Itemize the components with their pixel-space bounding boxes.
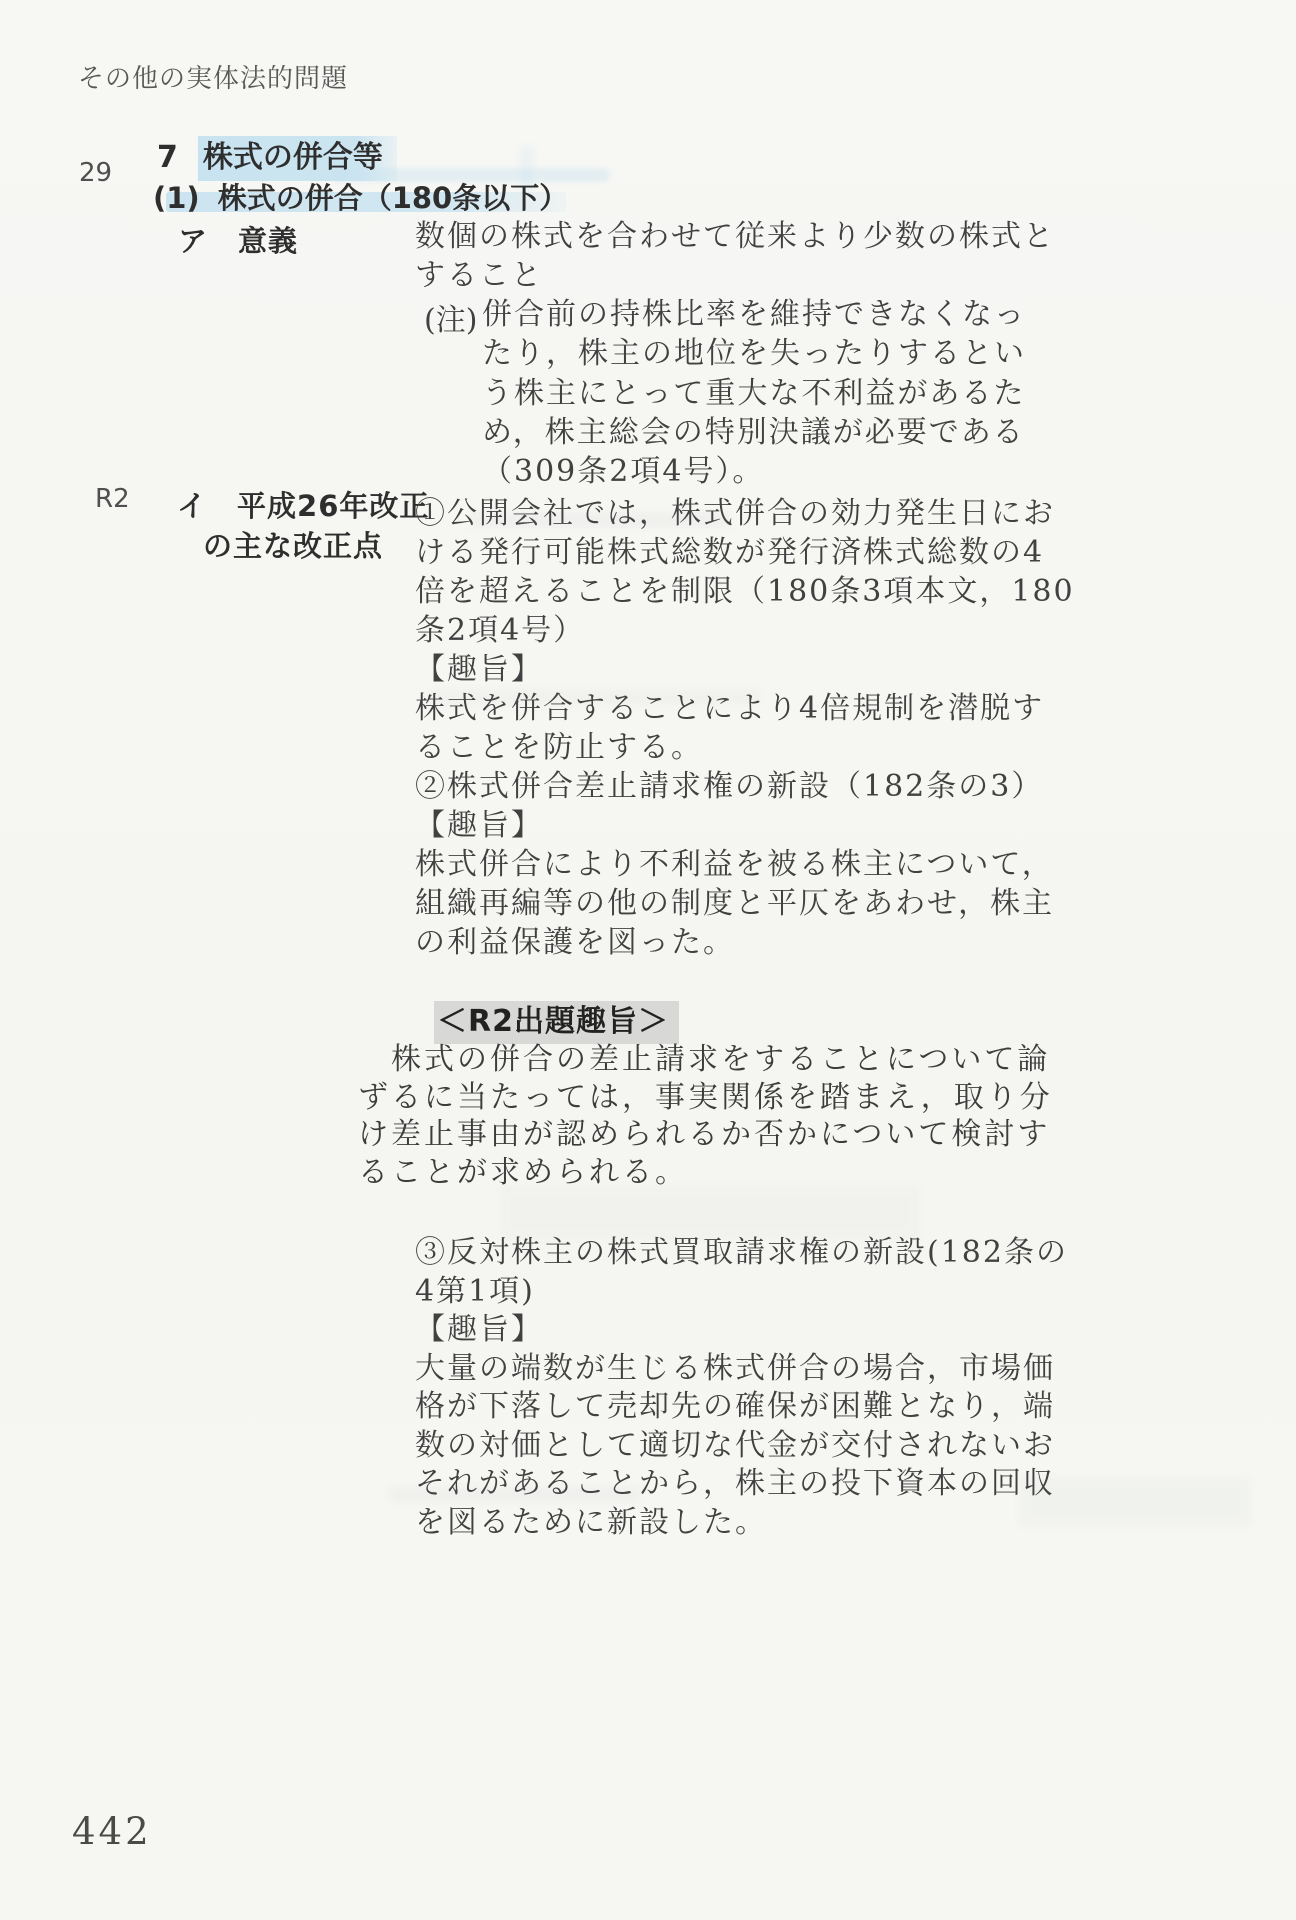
r2-purpose-text: 株式の併合の差止請求をすることについて論ずるに当たっては，事実関係を踏まえ，取り… — [358, 1041, 1053, 1191]
item-i-title-line1: イ平成26年改正 — [177, 486, 429, 526]
item-a-label: ア — [178, 224, 208, 258]
text-line: （309条2項4号）。 — [482, 452, 1026, 491]
r2-purpose-heading: ＜R2出題趣旨＞ — [434, 996, 679, 1040]
text-line: ②株式併合差止請求権の新設（182条の3） — [415, 767, 1075, 806]
margin-note-h29: 29 — [79, 158, 112, 188]
text-line: ることが求められる。 — [358, 1154, 1053, 1192]
text-line: 倍を超えることを制限（180条3項本文，180 — [415, 572, 1075, 611]
subsection-title: 株式の併合（180条以下） — [218, 181, 569, 215]
text-line: 4第1項) — [415, 1273, 1068, 1312]
text-line: め，株主総会の特別決議が必要である — [482, 413, 1026, 452]
text-line: ることを防止する。 — [415, 728, 1075, 767]
running-header: その他の実体法的問題 — [78, 58, 348, 95]
text-line: 【趣旨】 — [415, 806, 1075, 845]
text-line: 【趣旨】 — [415, 1311, 1068, 1350]
section-heading: 7株式の併合等 — [157, 132, 397, 176]
text-line: う株主にとって重大な不利益があるた — [482, 374, 1026, 413]
text-line: 大量の端数が生じる株式併合の場合，市場価 — [415, 1350, 1068, 1389]
scan-artifact — [500, 1185, 920, 1240]
section-title: 株式の併合等 — [198, 136, 397, 181]
text-line: 格が下落して売却先の確保が困難となり，端 — [415, 1388, 1068, 1427]
text-line: 数の対価として適切な代金が交付されないお — [415, 1427, 1068, 1466]
text-line: 株式併合により不利益を被る株主について， — [415, 845, 1075, 884]
note-text: 併合前の持株比率を維持できなくなったり，株主の地位を失ったりするという株主にとっ… — [482, 295, 1026, 491]
text-line: 株式の併合の差止請求をすることについて論 — [358, 1041, 1053, 1079]
item-a-title: 意義 — [238, 219, 298, 260]
text-line: 条2項4号） — [415, 611, 1075, 650]
text-line: ずるに当たっては，事実関係を踏まえ，取り分 — [358, 1079, 1053, 1117]
text-line: 組織再編等の他の制度と平仄をあわせ，株主 — [415, 884, 1075, 923]
r2-purpose-heading-label: ＜R2出題趣旨＞ — [434, 1001, 679, 1044]
text-line: 数個の株式を合わせて従来より少数の株式と — [415, 217, 1055, 256]
margin-note-r2: R2 — [95, 484, 130, 514]
meaning-text: 数個の株式を合わせて従来より少数の株式とすること — [415, 217, 1055, 295]
item-a-heading: ア意義 — [178, 219, 298, 260]
text-line: を図るために新設した。 — [415, 1504, 1068, 1543]
item-i-label: イ — [177, 489, 207, 523]
text-line: たり，株主の地位を失ったりするとい — [482, 334, 1026, 373]
text-line: 併合前の持株比率を維持できなくなっ — [482, 295, 1026, 334]
item-i-heading: イ平成26年改正 の主な改正点 — [177, 486, 429, 566]
item-i-title-line2: の主な改正点 — [203, 526, 429, 566]
text-line: の利益保護を図った。 — [415, 923, 1075, 962]
text-line: 【趣旨】 — [415, 650, 1075, 689]
text-line: ける発行可能株式総数が発行済株式総数の4 — [415, 533, 1075, 572]
item-i-title: 平成26年改正 — [237, 486, 429, 526]
amendment-text: ①公開会社では，株式併合の効力発生日における発行可能株式総数が発行済株式総数の4… — [415, 494, 1075, 962]
text-line: すること — [415, 256, 1055, 295]
text-line: 株式を併合することにより4倍規制を潜脱す — [415, 689, 1075, 728]
section-number: 7 — [157, 140, 178, 175]
subsection-heading: (1)株式の併合（180条以下） — [153, 176, 568, 217]
text-line: ①公開会社では，株式併合の効力発生日にお — [415, 494, 1075, 533]
text-line: け差止事由が認められるか否かについて検討す — [358, 1116, 1053, 1154]
text-line: それがあることから，株主の投下資本の回収 — [415, 1465, 1068, 1504]
subsection-number: (1) — [153, 181, 200, 215]
page-number: 442 — [72, 1810, 152, 1853]
appraisal-right-text: ③反対株主の株式買取請求権の新設(182条の4第1項)【趣旨】大量の端数が生じる… — [415, 1234, 1068, 1542]
book-page: その他の実体法的問題 29 R2 7株式の併合等 (1)株式の併合（180条以下… — [0, 0, 1296, 1920]
text-line: ③反対株主の株式買取請求権の新設(182条の — [415, 1234, 1068, 1273]
note-marker: (注) — [424, 295, 477, 339]
